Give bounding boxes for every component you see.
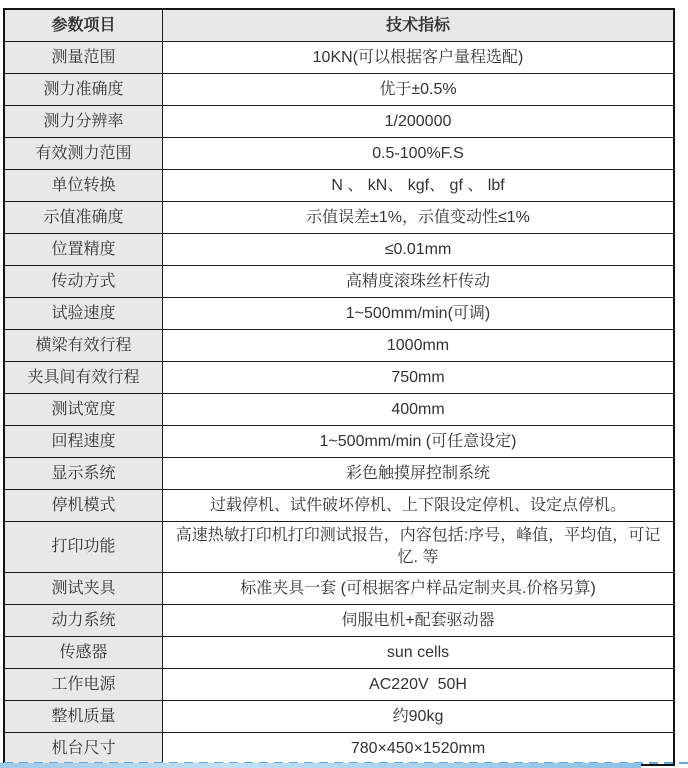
value-cell: sun cells — [163, 637, 675, 669]
param-cell: 机台尺寸 — [4, 733, 163, 766]
param-cell: 测量范围 — [4, 42, 163, 74]
header-cell-parameter: 参数项目 — [4, 9, 163, 42]
value-cell: 1~500mm/min (可任意设定) — [163, 426, 675, 458]
value-cell: 10KN(可以根据客户量程选配) — [163, 42, 675, 74]
value-cell: 400mm — [163, 394, 675, 426]
spec-row: 有效测力范围0.5-100%F.S — [4, 138, 674, 170]
spec-row: 位置精度≤0.01mm — [4, 234, 674, 266]
value-cell: 彩色触摸屏控制系统 — [163, 458, 675, 490]
strip-gradient-bar — [0, 763, 641, 768]
param-cell: 传感器 — [4, 637, 163, 669]
value-cell: 伺服电机+配套驱动器 — [163, 605, 675, 637]
spec-row: 示值准确度示值误差±1%，示值变动性≤1% — [4, 202, 674, 234]
spec-row: 显示系统彩色触摸屏控制系统 — [4, 458, 674, 490]
param-cell: 工作电源 — [4, 669, 163, 701]
spec-row: 动力系统伺服电机+配套驱动器 — [4, 605, 674, 637]
param-cell: 横梁有效行程 — [4, 330, 163, 362]
spec-row: 横梁有效行程1000mm — [4, 330, 674, 362]
value-cell: 1~500mm/min(可调) — [163, 298, 675, 330]
header-cell-spec: 技术指标 — [163, 9, 675, 42]
param-cell: 测试宽度 — [4, 394, 163, 426]
spec-row: 停机模式过载停机、试件破坏停机、上下限设定停机、设定点停机。 — [4, 490, 674, 522]
value-cell: N 、 kN、 kgf、 gf 、 lbf — [163, 170, 675, 202]
spec-row: 机台尺寸780×450×1520mm — [4, 733, 674, 766]
spec-row: 夹具间有效行程750mm — [4, 362, 674, 394]
param-cell: 整机质量 — [4, 701, 163, 733]
param-cell: 试验速度 — [4, 298, 163, 330]
param-cell: 位置精度 — [4, 234, 163, 266]
spec-row: 传感器sun cells — [4, 637, 674, 669]
spec-row: 单位转换N 、 kN、 kgf、 gf 、 lbf — [4, 170, 674, 202]
param-cell: 回程速度 — [4, 426, 163, 458]
spec-table-body: 测量范围10KN(可以根据客户量程选配)测力准确度优于±0.5%测力分辨率1/2… — [4, 42, 674, 766]
spec-row: 打印功能高速热敏打印机打印测试报告，内容包括:序号，峰值，平均值，可记忆. 等 — [4, 522, 674, 573]
param-cell: 打印功能 — [4, 522, 163, 573]
param-cell: 传动方式 — [4, 266, 163, 298]
param-cell: 显示系统 — [4, 458, 163, 490]
spec-row: 测量范围10KN(可以根据客户量程选配) — [4, 42, 674, 74]
param-cell: 有效测力范围 — [4, 138, 163, 170]
spec-row: 传动方式高精度滚珠丝杆传动 — [4, 266, 674, 298]
value-cell: 高精度滚珠丝杆传动 — [163, 266, 675, 298]
value-cell: 1/200000 — [163, 106, 675, 138]
spec-row: 回程速度1~500mm/min (可任意设定) — [4, 426, 674, 458]
param-cell: 动力系统 — [4, 605, 163, 637]
header-row: 参数项目 技术指标 — [4, 9, 674, 42]
value-cell: 780×450×1520mm — [163, 733, 675, 766]
value-cell: 优于±0.5% — [163, 74, 675, 106]
spec-row: 测试夹具标准夹具一套 (可根据客户样品定制夹具.价格另算) — [4, 573, 674, 605]
spec-row: 试验速度1~500mm/min(可调) — [4, 298, 674, 330]
param-cell: 测力准确度 — [4, 74, 163, 106]
value-cell: 高速热敏打印机打印测试报告，内容包括:序号，峰值，平均值，可记忆. 等 — [163, 522, 675, 573]
spec-row: 测试宽度400mm — [4, 394, 674, 426]
spec-table: 参数项目 技术指标 测量范围10KN(可以根据客户量程选配)测力准确度优于±0.… — [3, 8, 675, 766]
value-cell: 0.5-100%F.S — [163, 138, 675, 170]
param-cell: 停机模式 — [4, 490, 163, 522]
param-cell: 测试夹具 — [4, 573, 163, 605]
value-cell: 1000mm — [163, 330, 675, 362]
param-cell: 单位转换 — [4, 170, 163, 202]
value-cell: ≤0.01mm — [163, 234, 675, 266]
value-cell: 标准夹具一套 (可根据客户样品定制夹具.价格另算) — [163, 573, 675, 605]
value-cell: AC220V 50H — [163, 669, 675, 701]
param-cell: 夹具间有效行程 — [4, 362, 163, 394]
value-cell: 示值误差±1%，示值变动性≤1% — [163, 202, 675, 234]
value-cell: 750mm — [163, 362, 675, 394]
bottom-blue-strip — [0, 762, 688, 768]
spec-row: 整机质量约90kg — [4, 701, 674, 733]
value-cell: 过载停机、试件破坏停机、上下限设定停机、设定点停机。 — [163, 490, 675, 522]
param-cell: 示值准确度 — [4, 202, 163, 234]
spec-row: 测力准确度优于±0.5% — [4, 74, 674, 106]
value-cell: 约90kg — [163, 701, 675, 733]
spec-row: 测力分辨率1/200000 — [4, 106, 674, 138]
param-cell: 测力分辨率 — [4, 106, 163, 138]
spec-row: 工作电源AC220V 50H — [4, 669, 674, 701]
